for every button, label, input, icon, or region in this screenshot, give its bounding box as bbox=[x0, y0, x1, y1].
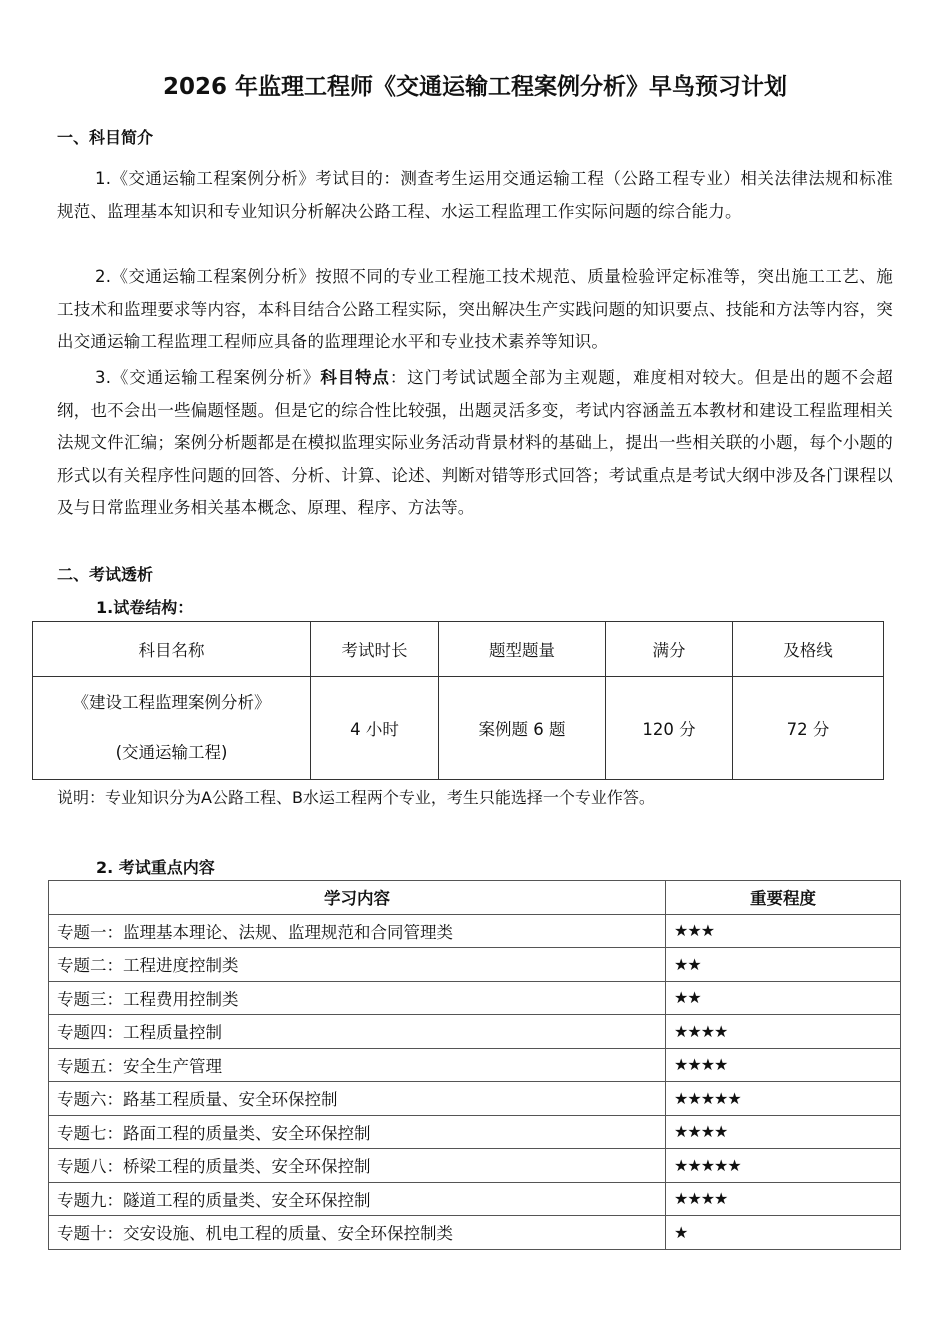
table-row: 专题八：桥梁工程的质量类、安全环保控制★★★★★ bbox=[49, 1149, 901, 1183]
subheading-paper-structure: 1.试卷结构： bbox=[96, 595, 193, 618]
paper-structure-table: 科目名称 考试时长 题型题量 满分 及格线 《建设工程监理案例分析》(交通运输工… bbox=[32, 621, 884, 780]
topic-cell: 专题十：交安设施、机电工程的质量、安全环保控制类 bbox=[49, 1216, 666, 1250]
table-header-row: 学习内容 重要程度 bbox=[49, 881, 901, 915]
structure-note: 说明：专业知识分为A公路工程、B水运工程两个专业，考生只能选择一个专业作答。 bbox=[57, 785, 655, 808]
table-row: 专题四：工程质量控制★★★★ bbox=[49, 1015, 901, 1049]
subject-name-cell: 《建设工程监理案例分析》(交通运输工程) bbox=[33, 677, 311, 780]
intro-paragraph-3: 3.《交通运输工程案例分析》科目特点：这门考试试题全部为主观题，难度相对较大。但… bbox=[57, 362, 893, 525]
section-heading-analysis: 二、考试透析 bbox=[57, 562, 153, 585]
subheading-key-content: 2. 考试重点内容 bbox=[96, 855, 215, 878]
importance-stars: ★★★★ bbox=[666, 1182, 901, 1216]
col-question-types: 题型题量 bbox=[439, 622, 606, 677]
para3-bold-label: 科目特点 bbox=[320, 368, 390, 387]
table-row: 专题九：隧道工程的质量类、安全环保控制★★★★ bbox=[49, 1182, 901, 1216]
topic-cell: 专题五：安全生产管理 bbox=[49, 1048, 666, 1082]
importance-stars: ★★★★ bbox=[666, 1115, 901, 1149]
topic-cell: 专题一：监理基本理论、法规、监理规范和合同管理类 bbox=[49, 914, 666, 948]
questions-cell: 案例题 6 题 bbox=[439, 677, 606, 780]
key-content-table: 学习内容 重要程度 专题一：监理基本理论、法规、监理规范和合同管理类★★★ 专题… bbox=[48, 880, 901, 1250]
topic-cell: 专题八：桥梁工程的质量类、安全环保控制 bbox=[49, 1149, 666, 1183]
col-pass-score: 及格线 bbox=[733, 622, 884, 677]
full-score-cell: 120 分 bbox=[606, 677, 733, 780]
importance-stars: ★★★★ bbox=[666, 1015, 901, 1049]
table-row: 专题一：监理基本理论、法规、监理规范和合同管理类★★★ bbox=[49, 914, 901, 948]
col-duration: 考试时长 bbox=[311, 622, 439, 677]
subject-name-line1: 《建设工程监理案例分析》 bbox=[34, 678, 309, 728]
table-row: 专题三：工程费用控制类★★ bbox=[49, 981, 901, 1015]
topic-cell: 专题七：路面工程的质量类、安全环保控制 bbox=[49, 1115, 666, 1149]
para3-prefix: 3.《交通运输工程案例分析》 bbox=[95, 368, 320, 387]
table-row: 专题十：交安设施、机电工程的质量、安全环保控制类★ bbox=[49, 1216, 901, 1250]
topic-cell: 专题四：工程质量控制 bbox=[49, 1015, 666, 1049]
table-row: 《建设工程监理案例分析》(交通运输工程) 4 小时 案例题 6 题 120 分 … bbox=[33, 677, 884, 780]
section-heading-intro: 一、科目简介 bbox=[57, 125, 153, 148]
intro-paragraph-1: 1.《交通运输工程案例分析》考试目的：测查考生运用交通运输工程（公路工程专业）相… bbox=[57, 163, 893, 228]
topic-cell: 专题二：工程进度控制类 bbox=[49, 948, 666, 982]
importance-stars: ★★★★★ bbox=[666, 1082, 901, 1116]
document-title: 2026 年监理工程师《交通运输工程案例分析》早鸟预习计划 bbox=[0, 68, 950, 101]
topic-cell: 专题九：隧道工程的质量类、安全环保控制 bbox=[49, 1182, 666, 1216]
importance-stars: ★★★ bbox=[666, 914, 901, 948]
importance-stars: ★★ bbox=[666, 948, 901, 982]
importance-stars: ★★★★★ bbox=[666, 1149, 901, 1183]
para3-text: ：这门考试试题全部为主观题，难度相对较大。但是出的题不会超纲，也不会出一些偏题怪… bbox=[57, 368, 893, 517]
importance-stars: ★★★★ bbox=[666, 1048, 901, 1082]
pass-score-cell: 72 分 bbox=[733, 677, 884, 780]
col-importance: 重要程度 bbox=[666, 881, 901, 915]
col-full-score: 满分 bbox=[606, 622, 733, 677]
table-row: 专题五：安全生产管理★★★★ bbox=[49, 1048, 901, 1082]
intro-paragraph-2: 2.《交通运输工程案例分析》按照不同的专业工程施工技术规范、质量检验评定标准等，… bbox=[57, 261, 893, 359]
col-subject-name: 科目名称 bbox=[33, 622, 311, 677]
col-study-content: 学习内容 bbox=[49, 881, 666, 915]
table-row: 专题六：路基工程质量、安全环保控制★★★★★ bbox=[49, 1082, 901, 1116]
table-row: 专题二：工程进度控制类★★ bbox=[49, 948, 901, 982]
duration-cell: 4 小时 bbox=[311, 677, 439, 780]
topic-cell: 专题三：工程费用控制类 bbox=[49, 981, 666, 1015]
importance-stars: ★ bbox=[666, 1216, 901, 1250]
topic-cell: 专题六：路基工程质量、安全环保控制 bbox=[49, 1082, 666, 1116]
table-row: 专题七：路面工程的质量类、安全环保控制★★★★ bbox=[49, 1115, 901, 1149]
table-header-row: 科目名称 考试时长 题型题量 满分 及格线 bbox=[33, 622, 884, 677]
importance-stars: ★★ bbox=[666, 981, 901, 1015]
subject-name-line2: (交通运输工程) bbox=[34, 728, 309, 778]
